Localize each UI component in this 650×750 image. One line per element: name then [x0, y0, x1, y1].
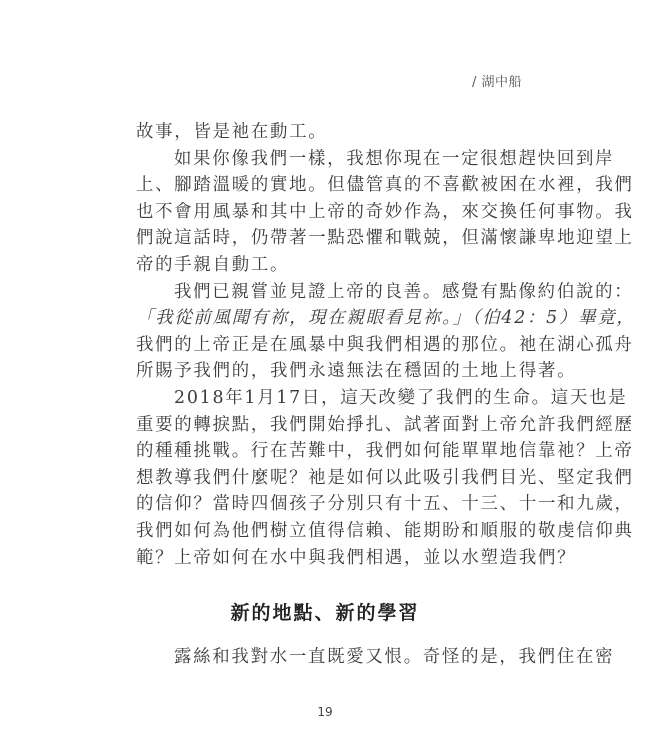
paragraph-start-line: 我們已親嘗並見證上帝的良善。感覺有點像約伯說的： — [136, 279, 524, 306]
body-line: 帝的手親自動工。 — [136, 252, 524, 279]
section-body-text: 露絲和我對水一直既愛又恨。奇怪的是，我們住在密 — [136, 644, 524, 671]
body-line: 故事，皆是祂在動工。 — [136, 119, 524, 146]
paragraph-start-line: 露絲和我對水一直既愛又恨。奇怪的是，我們住在密 — [136, 644, 524, 671]
body-line: 也不會用風暴和其中上帝的奇妙作為，來交換任何事物。我 — [136, 199, 524, 226]
body-line: 範？上帝如何在水中與我們相遇，並以水塑造我們？ — [136, 545, 524, 572]
body-line: 的種種挑戰。行在苦難中，我們如何能單單地信靠祂？上帝 — [136, 438, 524, 465]
body-line: 想教導我們什麼呢？祂是如何以此吸引我們目光、堅定我們 — [136, 465, 524, 492]
page-number: 19 — [0, 705, 650, 719]
section-heading: 新的地點、新的學習 — [0, 598, 650, 625]
paragraph-start-line: 2018年1月17日，這天改變了我們的生命。這天也是 — [136, 385, 524, 412]
body-text: 故事，皆是祂在動工。 如果你像我們一樣，我想你現在一定很想趕快回到岸 上、腳踏溫… — [136, 119, 524, 571]
body-line: 上、腳踏溫暖的實地。但儘管真的不喜歡被困在水裡，我們 — [136, 172, 524, 199]
book-page: / 湖中船 故事，皆是祂在動工。 如果你像我們一樣，我想你現在一定很想趕快回到岸… — [0, 0, 650, 750]
body-line: 們說這話時，仍帶著一點恐懼和戰兢，但滿懷謙卑地迎望上 — [136, 225, 524, 252]
body-line: 所賜予我們的，我們永遠無法在穩固的土地上得著。 — [136, 358, 524, 385]
running-head: / 湖中船 — [472, 71, 522, 90]
body-line: 我們的上帝正是在風暴中與我們相遇的那位。祂在湖心孤舟 — [136, 332, 524, 359]
body-line: 重要的轉捩點，我們開始掙扎、試著面對上帝允許我們經歷 — [136, 412, 524, 439]
scripture-quote-line: 「我從前風聞有祢，現在親眼看見祢。」（伯42：5）畢竟， — [136, 305, 524, 332]
body-line: 我們如何為他們樹立值得信賴、能期盼和順服的敬虔信仰典 — [136, 518, 524, 545]
paragraph-start-line: 如果你像我們一樣，我想你現在一定很想趕快回到岸 — [136, 146, 524, 173]
body-line: 的信仰？當時四個孩子分別只有十五、十三、十一和九歲， — [136, 491, 524, 518]
